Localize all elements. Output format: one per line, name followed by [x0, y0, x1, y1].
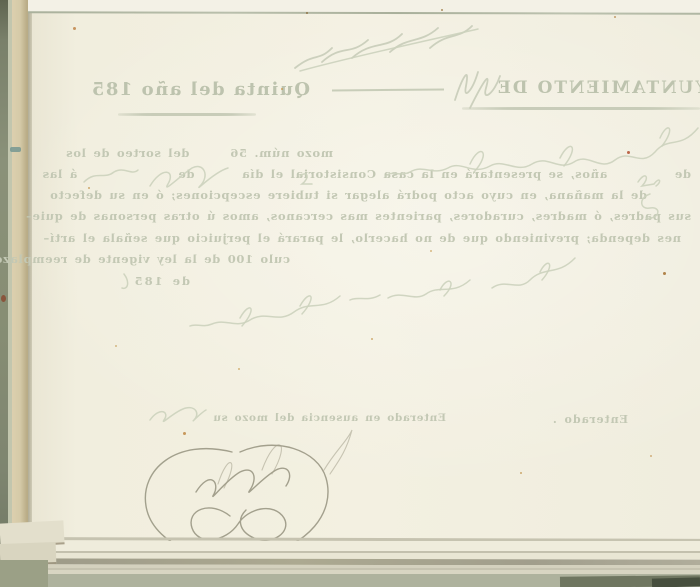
foxing-dot [663, 272, 666, 275]
foxing-dot [441, 9, 443, 11]
foxing-dot [183, 432, 186, 435]
foxing-dot [88, 187, 90, 189]
body-line-6: culo 100 de la ley vigente de reemplazos… [17, 252, 290, 266]
body-line-3: de la mañana, en cuyo acto podrá alegar … [60, 188, 647, 202]
foxing-dot [627, 151, 630, 154]
underlying-page-strip [40, 541, 700, 551]
foxing-dot [614, 16, 616, 18]
body-line-2: de años, se presentará en la casa Consis… [52, 167, 691, 181]
header-ayuntamiento: AYUNTAMIENTO DE [488, 78, 700, 98]
dateline-printed: de 185 [130, 274, 190, 288]
foxing-dot [430, 250, 432, 252]
red-paper-mark [1, 295, 6, 302]
foxing-dot [281, 88, 283, 90]
header-quinta: Quinta del año 185 [98, 79, 310, 100]
scanned-page-photo: AYUNTAMIENTO DE Quinta del año 185 mozo … [0, 0, 700, 587]
foxing-dot [371, 338, 373, 340]
quinta-underline-rule [118, 113, 256, 116]
body-line-5: nes dependa; previniendo que de no hacer… [50, 231, 681, 245]
foxing-dot [73, 27, 76, 30]
ayuntamiento-underline-rule [462, 107, 700, 110]
foxing-dot [238, 368, 240, 370]
foxing-dot [115, 345, 117, 347]
footer-enterado: Enterado . [552, 413, 628, 426]
page-stack-streaks [26, 565, 700, 574]
body-line-1: mozo núm. 56 del sorteo de los [75, 146, 333, 160]
teal-paper-mark [10, 147, 21, 152]
foxing-dot [306, 12, 308, 14]
bottom-right-dark-corner [652, 577, 700, 587]
foxing-dot [520, 472, 522, 474]
body-line-4: sus padres, ó madres, curadores, parient… [27, 209, 691, 223]
page-edge-shadow [28, 0, 32, 587]
foxing-dot [650, 455, 652, 457]
bottom-left-dark-corner [0, 560, 48, 587]
footer-enterado-ausencia: Enterado en ausencia del mozo su [208, 412, 446, 424]
stacked-page-edge [12, 0, 28, 587]
book-binding-edge [0, 0, 8, 587]
